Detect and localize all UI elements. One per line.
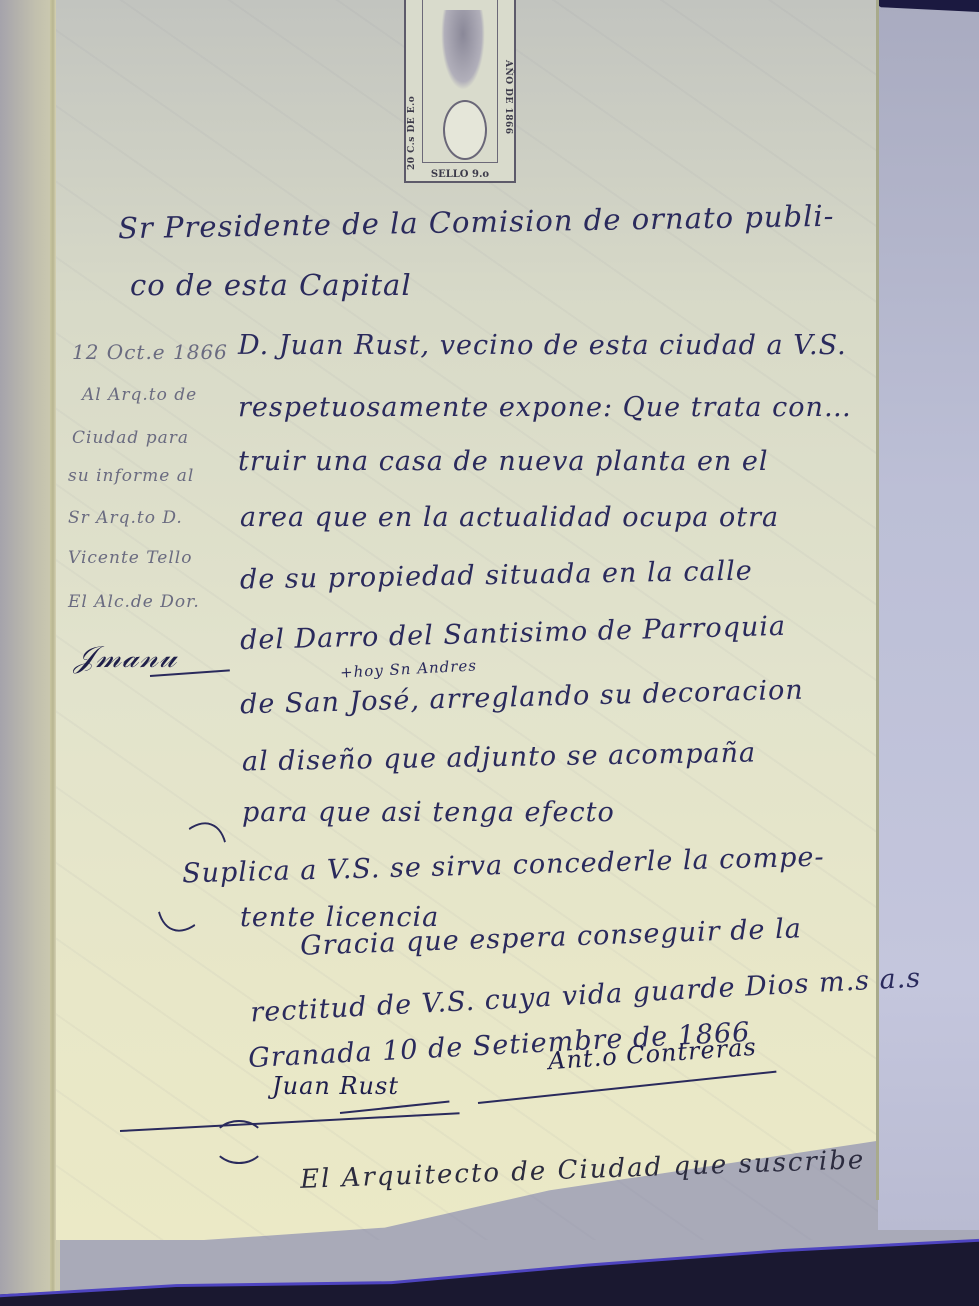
body-line: D. Juan Rust, vecino de esta ciudad a V.… xyxy=(238,330,847,361)
margin-note: su informe al xyxy=(68,466,194,486)
background-right xyxy=(878,0,979,1230)
margin-note-date: 12 Oct.e 1866 xyxy=(72,340,228,364)
stamp-figure-icon xyxy=(441,10,485,90)
salutation-line-2: co de esta Capital xyxy=(130,268,412,302)
body-line: para que asi tenga efecto xyxy=(242,797,615,828)
margin-note: Sr Arq.to D. xyxy=(68,508,183,528)
revenue-stamp: 20 C.s DE E.o AÑO DE 1866 SELLO 9.o xyxy=(404,0,516,183)
body-line: truir una casa de nueva planta en el xyxy=(238,446,769,477)
page-edge xyxy=(876,0,879,1200)
body-line: respetuosamente expone: Que trata con… xyxy=(238,392,852,423)
signature-loop xyxy=(212,1120,266,1164)
stamp-year-text: AÑO DE 1866 xyxy=(499,60,513,170)
margin-rubric-signature: 𝒥𝓂𝒶𝓃𝓊 xyxy=(74,640,177,675)
page-fold xyxy=(50,0,56,1306)
stamp-oval-icon xyxy=(443,100,487,160)
margin-note: Al Arq.to de xyxy=(82,385,197,405)
margin-note: El Alc.de Dor. xyxy=(68,592,200,612)
margin-note: Vicente Tello xyxy=(68,548,192,568)
stamp-value-text: 20 C.s DE E.o xyxy=(407,60,421,170)
body-line: area que en la actualidad ocupa otra xyxy=(240,502,779,533)
stamp-seal-text: SELLO 9.o xyxy=(406,169,514,180)
signature-petitioner: Juan Rust xyxy=(272,1072,399,1100)
margin-note: Ciudad para xyxy=(72,428,189,448)
stamp-frame xyxy=(422,0,498,163)
